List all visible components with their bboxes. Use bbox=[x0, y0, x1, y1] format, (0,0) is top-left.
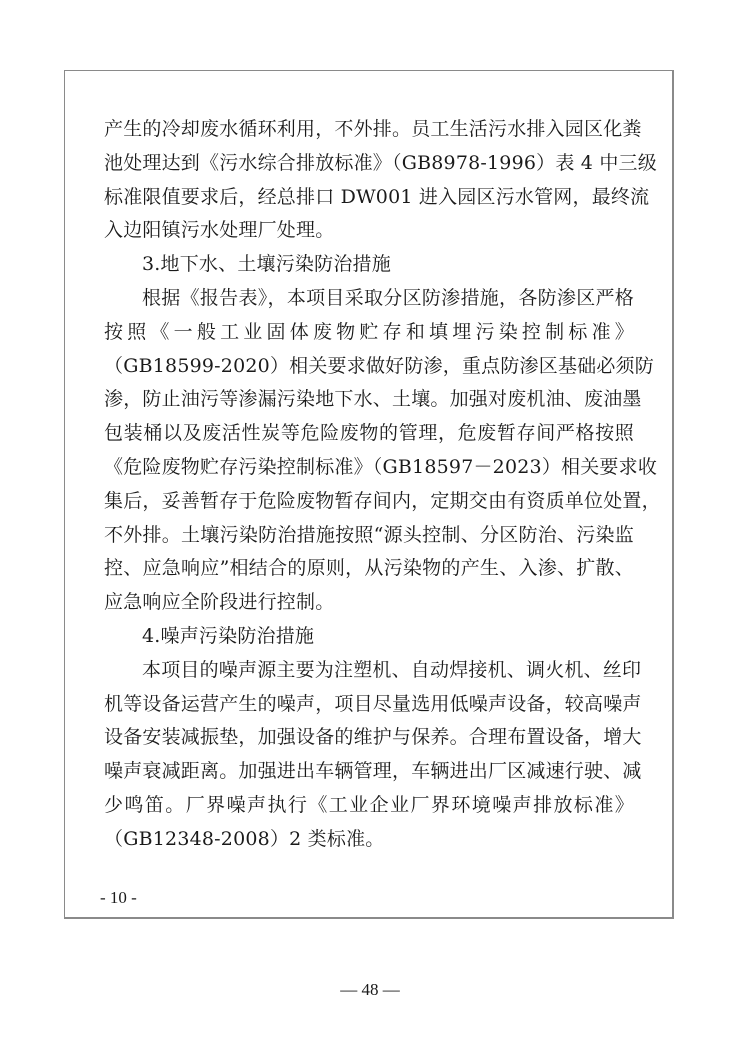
text-line: 池处理达到《污水综合排放标准》（GB8978-1996）表 4 中三级 bbox=[104, 147, 634, 181]
text-line: 噪声衰减距离。加强进出车辆管理，车辆进出厂区减速行驶、减 bbox=[104, 755, 634, 789]
text-line: 本项目的噪声源主要为注塑机、自动焊接机、调火机、丝印 bbox=[104, 654, 634, 688]
text-line: 产生的冷却废水循环利用，不外排。员工生活污水排入园区化粪 bbox=[104, 113, 634, 147]
text-line: （GB18599-2020）相关要求做好防渗，重点防渗区基础必须防 bbox=[104, 350, 634, 384]
text-line: 集后，妥善暂存于危险废物暂存间内，定期交由有资质单位处置， bbox=[104, 485, 634, 519]
section-heading-noise: 4.噪声污染防治措施 bbox=[104, 620, 634, 654]
text-line: 设备安装减振垫，加强设备的维护与保养。合理布置设备，增大 bbox=[104, 721, 634, 755]
text-line: 《危险废物贮存污染控制标准》（GB18597－2023）相关要求收 bbox=[104, 451, 634, 485]
text-line: 按照《一般工业固体废物贮存和填埋污染控制标准》 bbox=[104, 316, 634, 350]
inner-page-number: - 10 - bbox=[100, 888, 137, 908]
text-line: 机等设备运营产生的噪声，项目尽量选用低噪声设备，较高噪声 bbox=[104, 688, 634, 722]
text-line: 少鸣笛。厂界噪声执行《工业企业厂界环境噪声排放标准》 bbox=[104, 789, 634, 823]
text-line: （GB12348-2008）2 类标准。 bbox=[104, 823, 634, 857]
outer-page-number: — 48 — bbox=[0, 980, 740, 1000]
text-line: 标准限值要求后，经总排口 DW001 进入园区污水管网，最终流 bbox=[104, 181, 634, 215]
text-line: 控、应急响应”相结合的原则，从污染物的产生、入渗、扩散、 bbox=[104, 552, 634, 586]
text-line: 应急响应全阶段进行控制。 bbox=[104, 586, 634, 620]
text-line: 渗，防止油污等渗漏污染地下水、土壤。加强对废机油、废油墨 bbox=[104, 383, 634, 417]
document-body: 产生的冷却废水循环利用，不外排。员工生活污水排入园区化粪 池处理达到《污水综合排… bbox=[104, 113, 634, 857]
text-line: 根据《报告表》，本项目采取分区防渗措施，各防渗区严格 bbox=[104, 282, 634, 316]
text-line: 不外排。土壤污染防治措施按照“源头控制、分区防治、污染监 bbox=[104, 519, 634, 553]
section-heading-groundwater: 3.地下水、土壤污染防治措施 bbox=[104, 248, 634, 282]
text-line: 包装桶以及废活性炭等危险废物的管理，危废暂存间严格按照 bbox=[104, 417, 634, 451]
text-line: 入边阳镇污水处理厂处理。 bbox=[104, 214, 634, 248]
